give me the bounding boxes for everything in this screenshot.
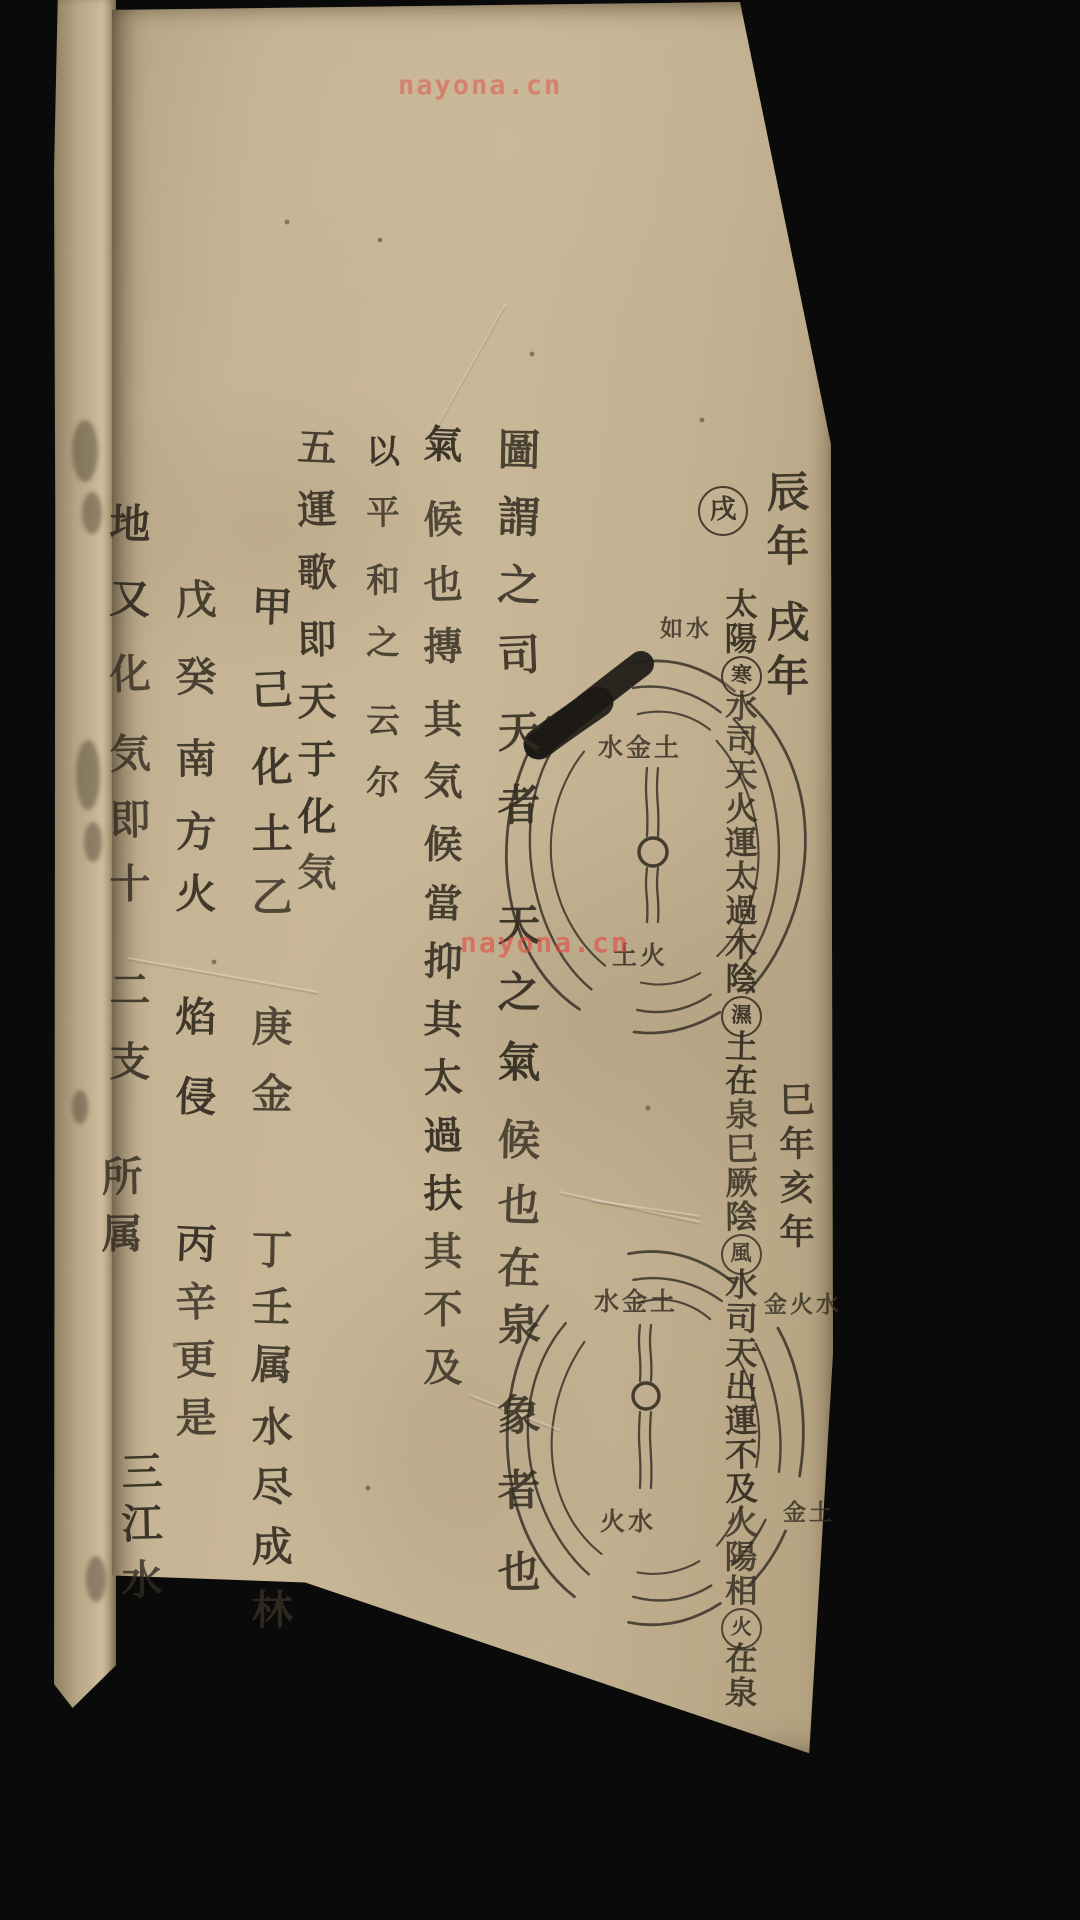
han-glyph: 當 [422, 884, 465, 927]
han-glyph: 也 [495, 1182, 542, 1229]
han-glyph: 土 [250, 812, 295, 857]
han-glyph: 十 [108, 862, 152, 906]
han-glyph: 乙 [250, 875, 294, 919]
han-glyph: 在 [495, 1245, 543, 1293]
han-glyph: 過 [421, 1115, 464, 1158]
han-glyph: 天 [723, 757, 759, 793]
han-glyph: 司 [495, 632, 543, 680]
han-glyph: 化 [296, 797, 338, 839]
han-glyph: 及 [422, 1348, 464, 1390]
han-glyph: 云 [365, 703, 402, 740]
han-glyph: 圖 [496, 428, 543, 475]
han-glyph: 丙 [173, 1221, 219, 1267]
han-glyph: 運 [723, 825, 759, 861]
han-glyph: 辰 [765, 470, 812, 517]
han-glyph: 地 [107, 501, 152, 546]
watermark-text: nayona.cn [460, 926, 630, 959]
han-glyph: 焰 [174, 995, 219, 1040]
han-glyph: 三 [119, 1449, 164, 1494]
han-glyph: 于 [296, 740, 338, 782]
han-glyph: 出 [723, 1369, 759, 1405]
han-glyph: 候 [496, 1118, 543, 1165]
han-glyph: 癸 [174, 655, 219, 700]
han-glyph: 在 [723, 1063, 759, 1099]
han-glyph: 木 [724, 928, 759, 963]
han-glyph: 所 [100, 1155, 145, 1200]
han-glyph: 即 [108, 798, 153, 843]
han-glyph: 摶 [422, 627, 465, 670]
han-glyph: 化 [107, 651, 153, 697]
han-glyph: 候 [421, 499, 465, 543]
han-glyph: 太 [421, 1057, 465, 1101]
han-glyph: 又 [107, 576, 153, 622]
han-glyph: 以 [365, 434, 402, 471]
han-glyph: 庚 [250, 1005, 294, 1049]
han-glyph: 陰 [723, 962, 758, 997]
han-glyph: 陽 [724, 622, 759, 657]
han-glyph: 火 [174, 872, 218, 916]
han-glyph: 年 [765, 524, 811, 570]
ring-element-label: 如水 [660, 610, 712, 643]
han-glyph: 其 [421, 999, 465, 1043]
han-glyph: 水 [723, 690, 759, 726]
han-glyph: 気 [422, 762, 464, 804]
han-glyph: 天 [723, 1335, 759, 1371]
han-glyph: 年 [778, 1214, 816, 1252]
han-glyph: 辛 [173, 1279, 219, 1325]
han-glyph: 戌 [765, 600, 811, 646]
han-glyph: 江 [120, 1502, 165, 1547]
han-glyph: 支 [108, 1040, 152, 1084]
ring-element-label: 金火水 [764, 1286, 842, 1319]
han-glyph: 相 [723, 1574, 758, 1609]
han-glyph: 歌 [295, 552, 338, 595]
circled-branch-glyph: 戌 [697, 485, 749, 537]
han-glyph: 過 [723, 894, 758, 929]
han-glyph: 火 [723, 1506, 758, 1541]
ring-element-label: 水金土 [598, 728, 682, 764]
han-glyph: 気 [296, 853, 339, 896]
han-glyph: 者 [496, 783, 543, 830]
watermark-text: nayona.cn [398, 70, 562, 101]
han-glyph: 不 [422, 1290, 464, 1332]
han-glyph: 壬 [249, 1284, 294, 1329]
han-glyph: 泉 [723, 1675, 759, 1711]
han-glyph: 之 [365, 625, 401, 661]
ring-element-label: 金土 [783, 1494, 835, 1527]
han-glyph: 水 [120, 1558, 164, 1602]
han-glyph: 不 [723, 1437, 759, 1473]
han-glyph: 司 [723, 723, 759, 759]
han-glyph: 扶 [422, 1174, 465, 1217]
han-glyph: 在 [723, 1641, 759, 1677]
han-glyph: 陰 [723, 1200, 758, 1235]
han-glyph: 属 [100, 1212, 144, 1256]
han-glyph: 是 [174, 1396, 219, 1441]
han-glyph: 即 [296, 620, 339, 663]
han-glyph: 気 [107, 731, 152, 776]
handwritten-text-layer: 辰年戌年太陽寒水司天火運太過木陰濕土在泉巳厥陰風水司天出運不及火陽相火在泉巳年亥… [0, 0, 1080, 1920]
han-glyph: 泉 [495, 1302, 543, 1350]
han-glyph: 金 [250, 1072, 294, 1116]
han-glyph: 五 [295, 427, 339, 471]
han-glyph: 林 [250, 1588, 294, 1632]
han-glyph: 尽 [249, 1464, 294, 1509]
han-glyph: 厥 [723, 1166, 759, 1202]
han-glyph: 丁 [250, 1228, 295, 1273]
han-glyph: 平 [365, 495, 401, 531]
manuscript-scan: 辰年戌年太陽寒水司天火運太過木陰濕土在泉巳厥陰風水司天出運不及火陽相火在泉巳年亥… [0, 0, 1080, 1920]
han-glyph: 及 [723, 1472, 759, 1508]
han-glyph: 天 [296, 682, 338, 724]
ring-element-label: 水金土 [594, 1282, 678, 1318]
han-glyph: 陽 [724, 1540, 759, 1575]
han-glyph: 甲 [249, 584, 295, 630]
han-glyph: 成 [250, 1525, 295, 1570]
han-glyph: 巳 [723, 1131, 759, 1167]
han-glyph: 運 [295, 489, 339, 533]
han-glyph: 之 [495, 562, 543, 610]
ring-element-label: 火水 [600, 1502, 656, 1538]
han-glyph: 運 [723, 1403, 759, 1439]
han-glyph: 尔 [364, 764, 401, 801]
han-glyph: 土 [723, 1029, 759, 1065]
han-glyph: 候 [422, 825, 464, 867]
han-glyph: 年 [765, 654, 811, 700]
han-glyph: 南 [174, 737, 218, 781]
han-glyph: 年 [778, 1126, 816, 1164]
han-glyph: 也 [421, 564, 464, 607]
han-glyph: 太 [723, 588, 758, 623]
han-glyph: 其 [422, 1232, 464, 1274]
han-glyph: 更 [173, 1337, 218, 1382]
han-glyph: 水 [249, 1404, 295, 1450]
han-glyph: 謂 [495, 494, 542, 541]
han-glyph: 氣 [496, 1040, 542, 1086]
han-glyph: 化 [249, 744, 294, 789]
han-glyph: 泉 [723, 1097, 759, 1133]
han-glyph: 方 [174, 810, 218, 854]
han-glyph: 亥 [778, 1170, 816, 1208]
han-glyph: 己 [249, 667, 295, 713]
han-glyph: 其 [422, 700, 464, 742]
han-glyph: 天 [495, 709, 542, 756]
han-glyph: 抑 [421, 941, 464, 984]
han-glyph: 氣 [421, 424, 465, 468]
han-glyph: 二 [108, 968, 152, 1012]
han-glyph: 司 [723, 1302, 759, 1338]
han-glyph: 和 [365, 563, 401, 599]
han-glyph: 属 [249, 1342, 295, 1388]
han-glyph: 巳 [778, 1082, 817, 1121]
han-glyph: 太 [723, 860, 759, 896]
han-glyph: 侵 [173, 1074, 218, 1119]
han-glyph: 水 [723, 1268, 758, 1303]
han-glyph: 火 [723, 791, 759, 827]
han-glyph: 戊 [173, 577, 218, 622]
han-glyph: 者 [496, 1468, 543, 1515]
han-glyph: 也 [496, 1550, 542, 1596]
han-glyph: 之 [496, 970, 542, 1016]
han-glyph: 象 [495, 1392, 542, 1439]
